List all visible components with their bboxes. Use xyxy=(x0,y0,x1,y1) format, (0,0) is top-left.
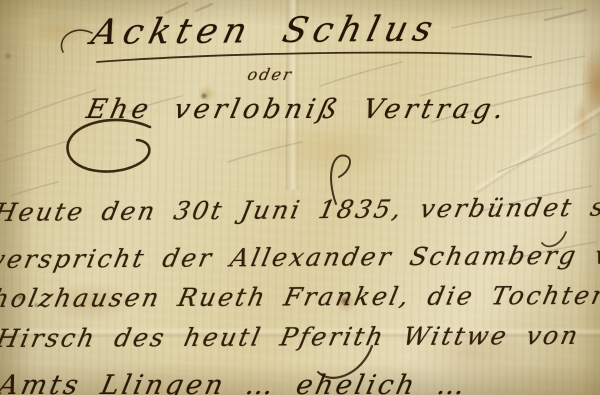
body-line-1: Heute den 30t Juni 1835, verbündet sich xyxy=(0,194,600,225)
body-line-4: Hirsch des heutl Pferith Wittwe von xyxy=(0,323,582,351)
ehe-flourish xyxy=(68,120,150,172)
manuscript-photo: Ackten Schlus oder Ehe verlobniß Vertrag… xyxy=(0,0,600,395)
body-line-3: holzhausen Rueth Frankel, die Tochter xyxy=(0,283,600,311)
connector-word: oder xyxy=(246,67,294,83)
title-line: Ackten Schlus xyxy=(88,12,442,51)
body-line-5-cut-off: Amts Llingen … ehelich … xyxy=(0,372,470,395)
body-line-2: verspricht der Allexander Schamberg von xyxy=(0,242,600,272)
title-underline xyxy=(97,53,531,62)
subtitle-line: Ehe verlobniß Vertrag. xyxy=(84,96,510,123)
